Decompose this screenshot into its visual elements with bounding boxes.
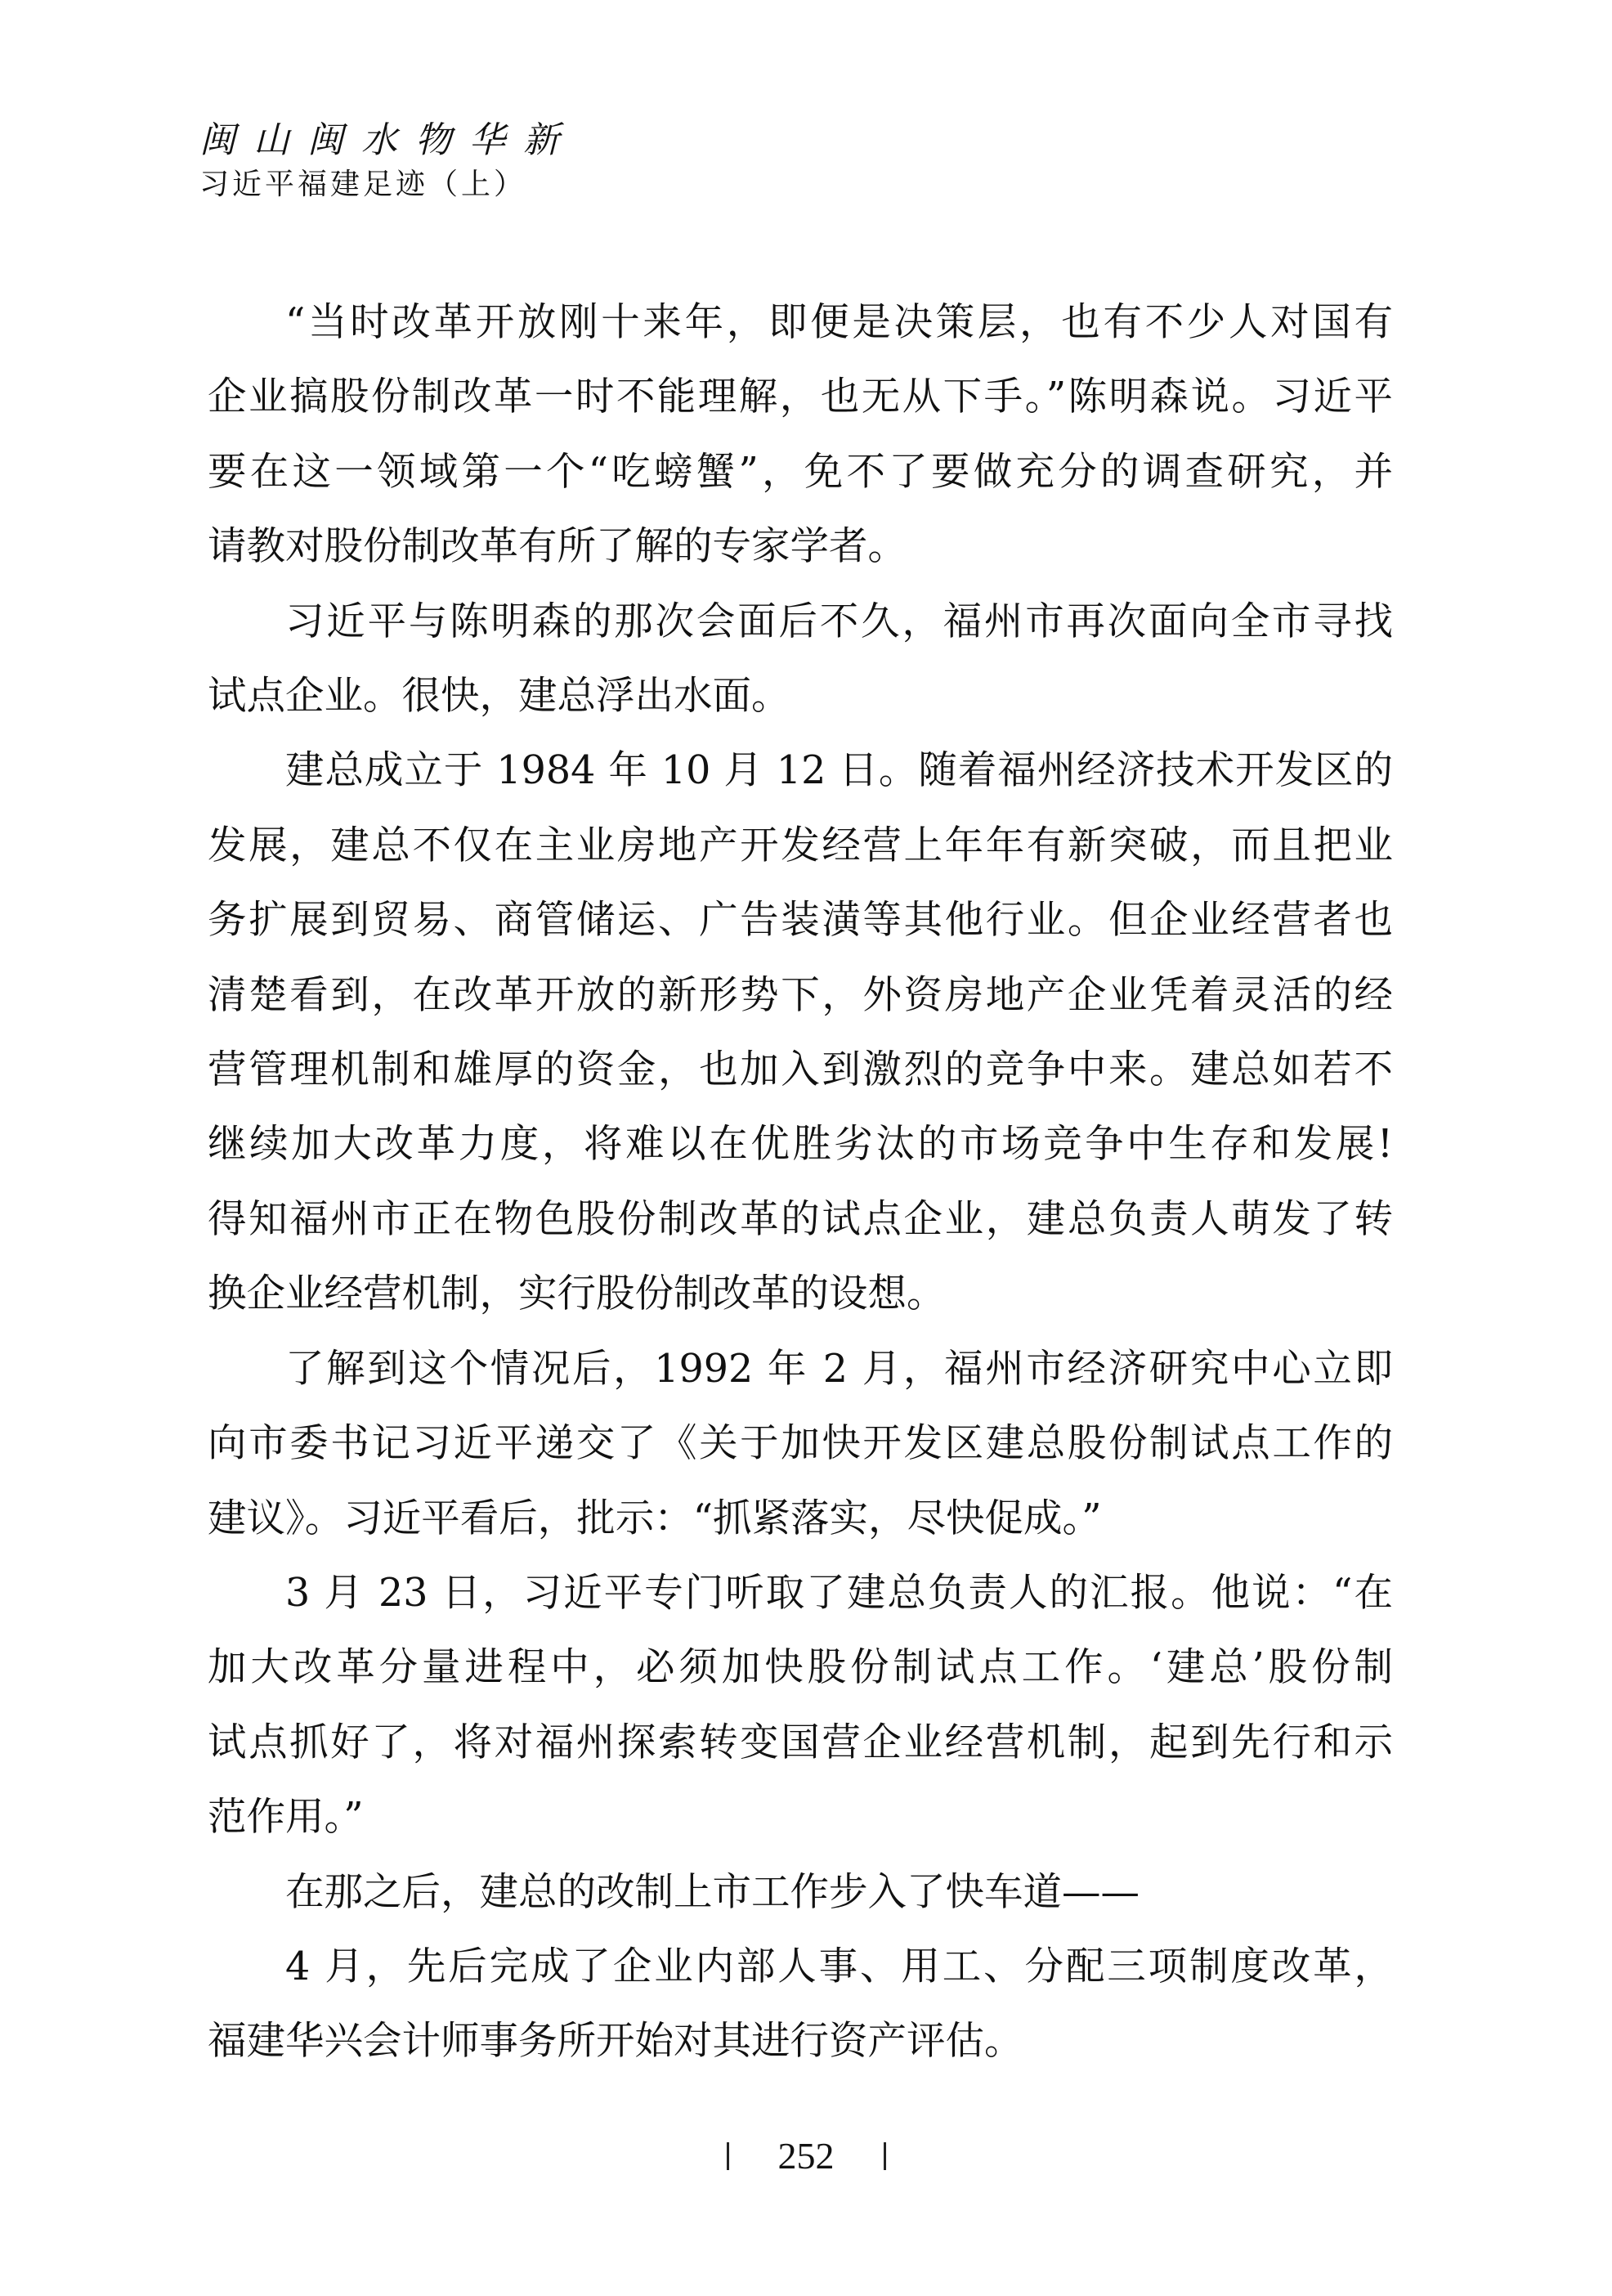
text-line: 得知福州市正在物色股份制改革的试点企业，建总负责人萌发了转	[208, 1182, 1393, 1257]
paragraph: 4 月，先后完成了企业内部人事、用工、分配三项制度改革， 福建华兴会计师事务所开…	[208, 1930, 1393, 2079]
book-title: 闽山闽水物华新	[199, 116, 577, 165]
folio-bar-right	[884, 2142, 886, 2170]
text-line: 要在这一领域第一个“吃螃蟹”，免不了要做充分的调查研究，并	[208, 435, 1393, 509]
text-line: 了解到这个情况后，1992 年 2 月，福州市经济研究中心立即	[208, 1332, 1393, 1406]
text-line: “当时改革开放刚十来年，即便是决策层，也有不少人对国有	[208, 285, 1393, 360]
paragraph: 了解到这个情况后，1992 年 2 月，福州市经济研究中心立即 向市委书记习近平…	[208, 1332, 1393, 1556]
paragraph: 建总成立于 1984 年 10 月 12 日。随着福州经济技术开发区的 发展，建…	[208, 733, 1393, 1331]
text-line: 建议》。习近平看后，批示：“抓紧落实，尽快促成。”	[208, 1482, 1393, 1556]
text-line: 务扩展到贸易、商管储运、广告装潢等其他行业。但企业经营者也	[208, 883, 1393, 957]
text-line: 继续加大改革力度，将难以在优胜劣汰的市场竞争中生存和发展!	[208, 1107, 1393, 1182]
text-line: 试点抓好了，将对福州探索转变国营企业经营机制，起到先行和示	[208, 1706, 1393, 1780]
running-head: 闽山闽水物华新 习近平福建足迹（上）	[199, 116, 577, 204]
text-line: 向市委书记习近平递交了《关于加快开发区建总股份制试点工作的	[208, 1406, 1393, 1481]
body-text: “当时改革开放刚十来年，即便是决策层，也有不少人对国有 企业搞股份制改革一时不能…	[208, 285, 1393, 2079]
text-line: 建总成立于 1984 年 10 月 12 日。随着福州经济技术开发区的	[208, 733, 1393, 808]
book-subtitle: 习近平福建足迹（上）	[199, 165, 577, 204]
page-footer: 252	[0, 2136, 1612, 2177]
text-line: 习近平与陈明森的那次会面后不久，福州市再次面向全市寻找	[208, 585, 1393, 659]
text-line: 发展，建总不仅在主业房地产开发经营上年年有新突破，而且把业	[208, 809, 1393, 883]
page-number: 252	[778, 2135, 835, 2177]
paragraph: “当时改革开放刚十来年，即便是决策层，也有不少人对国有 企业搞股份制改革一时不能…	[208, 285, 1393, 585]
text-line: 试点企业。很快，建总浮出水面。	[208, 659, 1393, 733]
text-line: 福建华兴会计师事务所开始对其进行资产评估。	[208, 2004, 1393, 2079]
text-line: 换企业经营机制，实行股份制改革的设想。	[208, 1257, 1393, 1331]
text-line: 范作用。”	[208, 1780, 1393, 1854]
text-line: 清楚看到，在改革开放的新形势下，外资房地产企业凭着灵活的经	[208, 958, 1393, 1033]
text-line: 企业搞股份制改革一时不能理解，也无从下手。”陈明森说。习近平	[208, 360, 1393, 434]
text-line: 营管理机制和雄厚的资金，也加入到激烈的竞争中来。建总如若不	[208, 1033, 1393, 1107]
text-line: 在那之后，建总的改制上市工作步入了快车道——	[208, 1855, 1393, 1930]
text-line: 3 月 23 日，习近平专门听取了建总负责人的汇报。他说：“在	[208, 1556, 1393, 1630]
paragraph: 在那之后，建总的改制上市工作步入了快车道——	[208, 1855, 1393, 1930]
paragraph: 习近平与陈明森的那次会面后不久，福州市再次面向全市寻找 试点企业。很快，建总浮出…	[208, 585, 1393, 734]
text-line: 加大改革分量进程中，必须加快股份制试点工作。‘建总’股份制	[208, 1630, 1393, 1705]
paragraph: 3 月 23 日，习近平专门听取了建总负责人的汇报。他说：“在 加大改革分量进程…	[208, 1556, 1393, 1855]
folio-bar-left	[727, 2142, 729, 2170]
text-line: 请教对股份制改革有所了解的专家学者。	[208, 509, 1393, 584]
text-line: 4 月，先后完成了企业内部人事、用工、分配三项制度改革，	[208, 1930, 1393, 2004]
